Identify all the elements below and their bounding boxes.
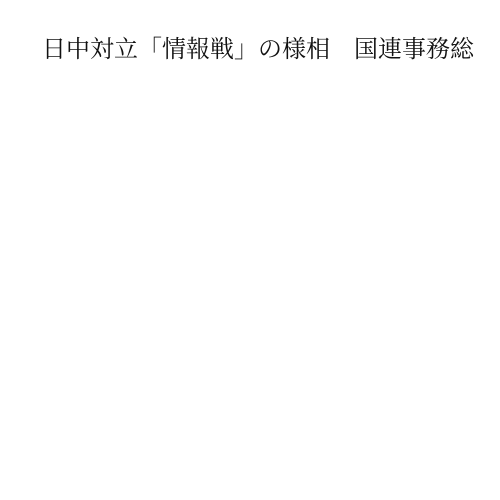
headline-text: 日中対立「情報戦」の様相 国連事務総: [42, 33, 474, 65]
page-canvas: 日中対立「情報戦」の様相 国連事務総: [0, 0, 500, 500]
